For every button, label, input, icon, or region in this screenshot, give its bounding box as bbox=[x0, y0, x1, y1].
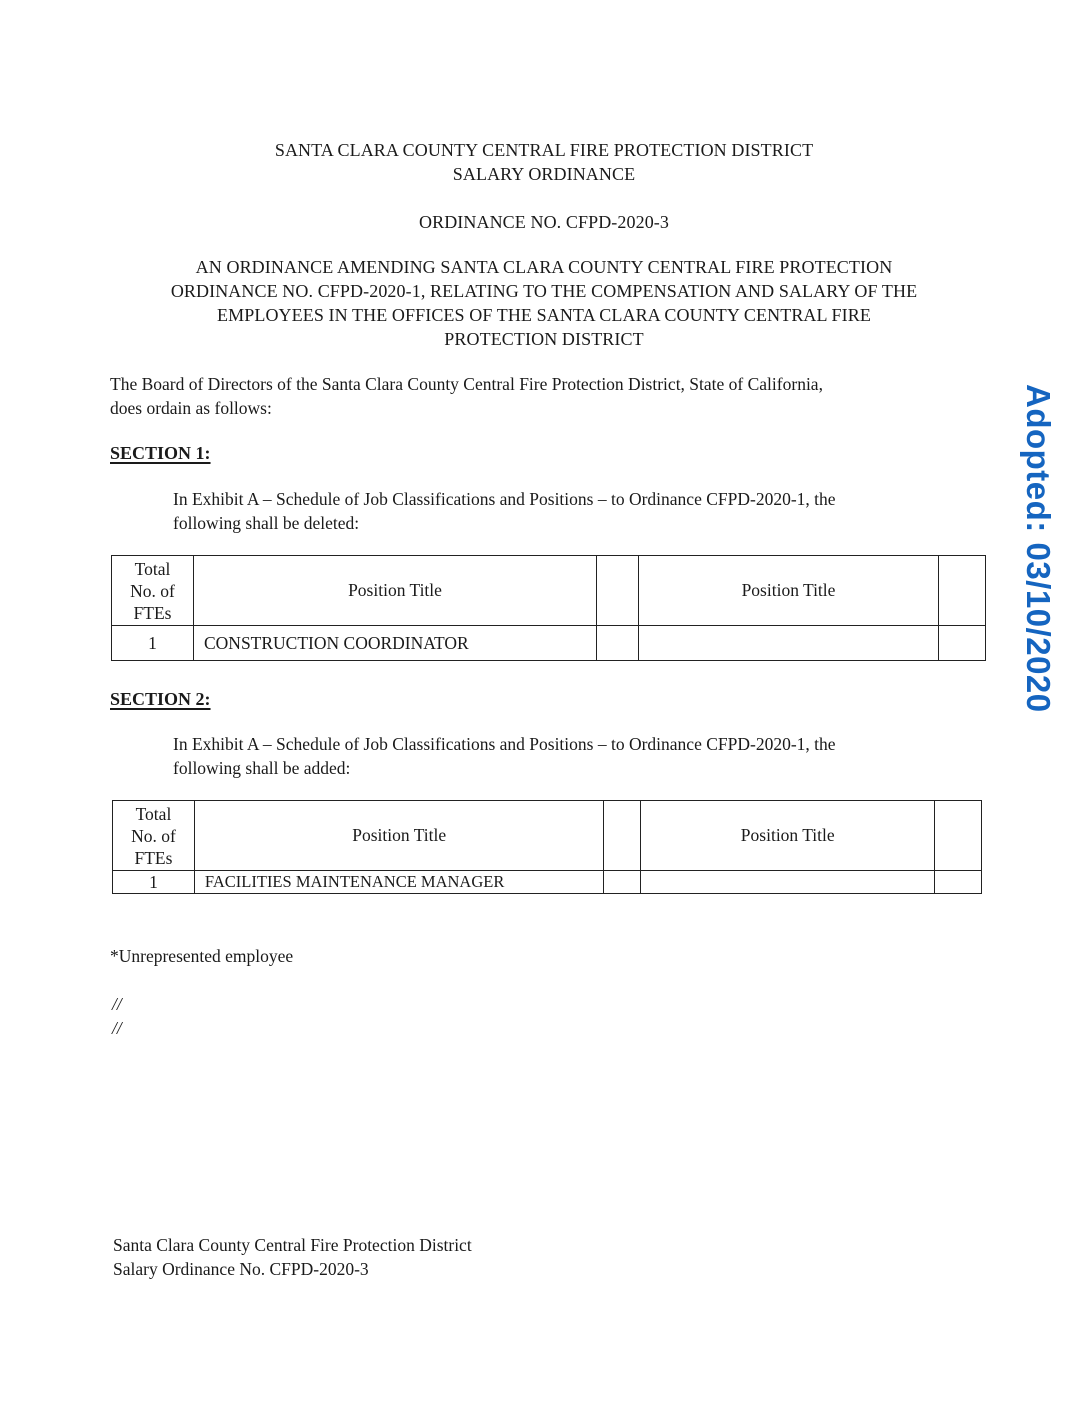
subtitle-line-3: EMPLOYEES IN THE OFFICES OF THE SANTA CL… bbox=[0, 303, 1088, 327]
footer-line-2: Salary Ordinance No. CFPD-2020-3 bbox=[113, 1257, 369, 1281]
adopted-date-stamp: Adopted: 03/10/2020 bbox=[1013, 384, 1063, 704]
table-row: 1 FACILITIES MAINTENANCE MANAGER bbox=[113, 871, 982, 894]
blank-cell bbox=[597, 626, 639, 661]
blank-cell bbox=[604, 871, 641, 894]
section-1-text-line-1: In Exhibit A – Schedule of Job Classific… bbox=[173, 487, 836, 511]
section-2-text-line-2: following shall be added: bbox=[173, 756, 350, 780]
section-1-heading: SECTION 1: bbox=[110, 443, 211, 464]
blank-header-cell bbox=[604, 801, 641, 871]
deleted-positions-table: Total No. of FTEs Position Title Positio… bbox=[111, 555, 986, 661]
section-1-text-line-2: following shall be deleted: bbox=[173, 511, 359, 535]
fte-header-line: No. of bbox=[113, 825, 194, 847]
preamble-line-1: The Board of Directors of the Santa Clar… bbox=[110, 372, 823, 396]
position-title-value: FACILITIES MAINTENANCE MANAGER bbox=[194, 871, 604, 894]
position-title-header-right: Position Title bbox=[639, 556, 939, 626]
position-title-header-left: Position Title bbox=[194, 801, 604, 871]
footnote: *Unrepresented employee bbox=[110, 944, 293, 968]
district-name: SANTA CLARA COUNTY CENTRAL FIRE PROTECTI… bbox=[0, 138, 1088, 162]
fte-header-line: Total bbox=[113, 803, 194, 825]
subtitle-line-2: ORDINANCE NO. CFPD-2020-1, RELATING TO T… bbox=[0, 279, 1088, 303]
footer-line-1: Santa Clara County Central Fire Protecti… bbox=[113, 1233, 472, 1257]
table-row: 1 CONSTRUCTION COORDINATOR bbox=[112, 626, 986, 661]
fte-header-line: No. of bbox=[112, 580, 193, 602]
blank-cell bbox=[935, 871, 982, 894]
section-2-text-line-1: In Exhibit A – Schedule of Job Classific… bbox=[173, 732, 836, 756]
blank-header-cell bbox=[939, 556, 986, 626]
table-header-row: Total No. of FTEs Position Title Positio… bbox=[112, 556, 986, 626]
position-title-header-right: Position Title bbox=[641, 801, 935, 871]
fte-value: 1 bbox=[112, 626, 194, 661]
added-positions-table: Total No. of FTEs Position Title Positio… bbox=[112, 800, 982, 894]
blank-header-cell bbox=[597, 556, 639, 626]
fte-value: 1 bbox=[113, 871, 195, 894]
subtitle-line-1: AN ORDINANCE AMENDING SANTA CLARA COUNTY… bbox=[0, 255, 1088, 279]
continuation-mark: // bbox=[112, 1016, 122, 1040]
fte-header-line: FTEs bbox=[112, 602, 193, 624]
table-header-row: Total No. of FTEs Position Title Positio… bbox=[113, 801, 982, 871]
subtitle-line-4: PROTECTION DISTRICT bbox=[0, 327, 1088, 351]
position-title-value-right bbox=[639, 626, 939, 661]
blank-cell bbox=[939, 626, 986, 661]
fte-header: Total No. of FTEs bbox=[112, 556, 194, 626]
position-title-header-left: Position Title bbox=[194, 556, 597, 626]
document-type: SALARY ORDINANCE bbox=[0, 162, 1088, 186]
section-2-heading: SECTION 2: bbox=[110, 689, 211, 710]
continuation-mark: // bbox=[112, 992, 122, 1016]
ordinance-number: ORDINANCE NO. CFPD-2020-3 bbox=[0, 210, 1088, 234]
position-title-value: CONSTRUCTION COORDINATOR bbox=[194, 626, 597, 661]
position-title-value-right bbox=[641, 871, 935, 894]
fte-header: Total No. of FTEs bbox=[113, 801, 195, 871]
preamble-line-2: does ordain as follows: bbox=[110, 396, 272, 420]
blank-header-cell bbox=[935, 801, 982, 871]
fte-header-line: Total bbox=[112, 558, 193, 580]
fte-header-line: FTEs bbox=[113, 847, 194, 869]
